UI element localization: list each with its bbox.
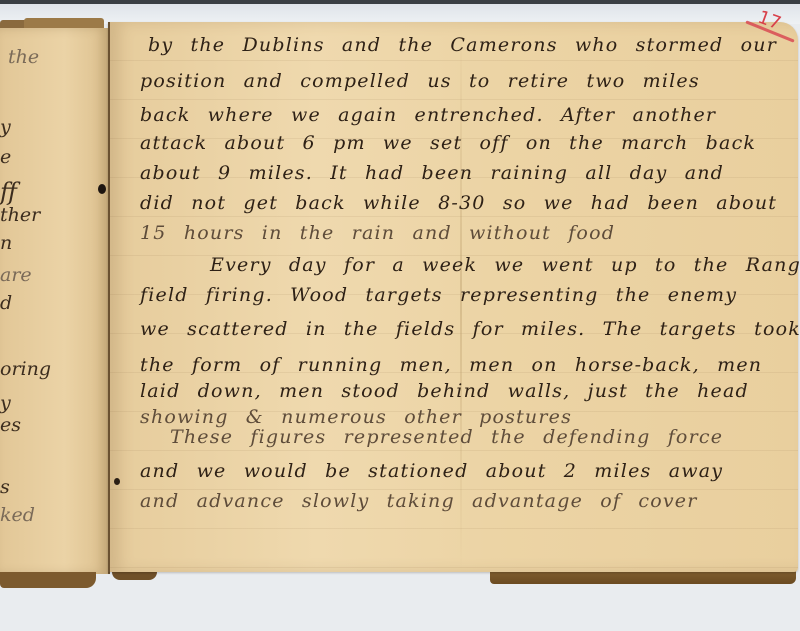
handwritten-line: back where we again entrenched. After an… xyxy=(140,104,716,126)
left-fragment: are xyxy=(0,264,32,286)
handwritten-line: field firing. Wood targets representing … xyxy=(140,284,737,306)
left-fragment: the xyxy=(8,46,39,68)
handwritten-line: Every day for a week we went up to the R… xyxy=(210,254,800,276)
ink-blot xyxy=(98,184,106,194)
left-fragment: y xyxy=(0,116,11,138)
handwritten-line: 15 hours in the rain and without food xyxy=(140,222,615,244)
left-fragment: d xyxy=(0,292,12,314)
handwritten-line: did not get back while 8-30 so we had be… xyxy=(140,192,777,214)
left-fragment: oring xyxy=(0,358,51,380)
right-page: by the Dublins and the Camerons who stor… xyxy=(108,22,798,572)
ink-blot-small xyxy=(114,478,120,485)
left-fragment: e xyxy=(0,146,11,168)
handwritten-line: and we would be stationed about 2 miles … xyxy=(140,460,723,482)
left-page: the y e ff ther n are d oring y es s ked xyxy=(0,28,110,574)
left-fragment: es xyxy=(0,414,21,436)
left-fragment: s xyxy=(0,476,10,498)
left-fragment: ther xyxy=(0,204,40,226)
left-fragment: y xyxy=(0,392,11,414)
left-page-bottom-edge xyxy=(0,572,96,588)
handwritten-line: attack about 6 pm we set off on the marc… xyxy=(140,132,756,154)
handwritten-line: and advance slowly taking advantage of c… xyxy=(140,490,698,512)
handwritten-line: laid down, men stood behind walls, just … xyxy=(140,380,749,402)
scanner-background xyxy=(0,4,800,24)
left-fragment: ff xyxy=(0,178,17,206)
handwritten-line: we scattered in the fields for miles. Th… xyxy=(140,318,800,340)
handwritten-line: showing & numerous other postures xyxy=(140,406,572,428)
left-fragment: n xyxy=(0,232,12,254)
handwritten-line: about 9 miles. It had been raining all d… xyxy=(140,162,724,184)
left-page-bottom-edge-2 xyxy=(112,572,157,580)
handwritten-line: These figures represented the defending … xyxy=(170,426,723,448)
handwritten-line: position and compelled us to retire two … xyxy=(140,70,700,92)
handwritten-line: by the Dublins and the Camerons who stor… xyxy=(148,34,777,56)
handwritten-line: the form of running men, men on horse-ba… xyxy=(140,354,762,376)
left-fragment: ked xyxy=(0,504,35,526)
